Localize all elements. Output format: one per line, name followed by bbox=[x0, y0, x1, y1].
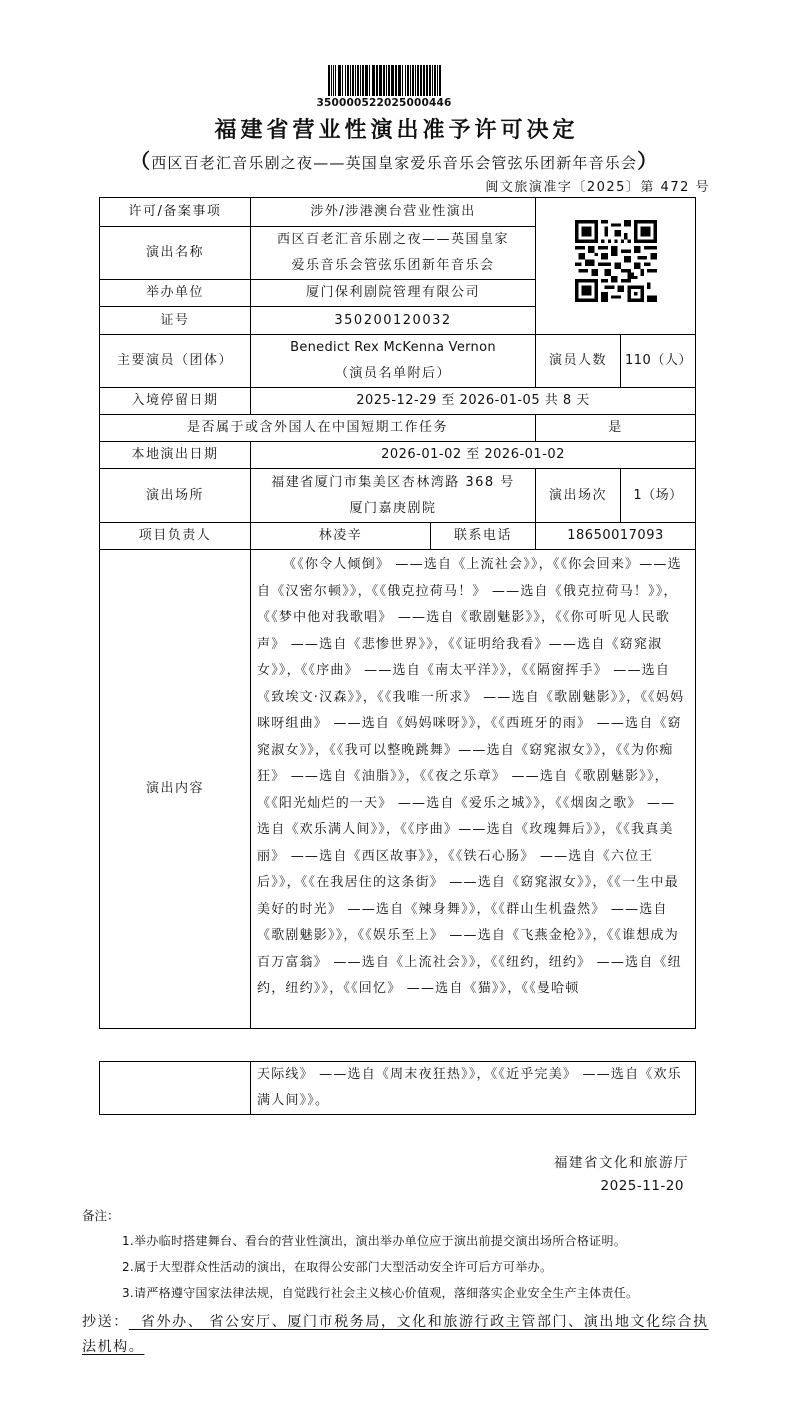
barcode-bar bbox=[328, 65, 330, 96]
barcode-bar bbox=[347, 65, 349, 96]
note-item: 1.举办临时搭建舞台、看台的营业性演出，演出举办单位应于演出前提交演出场所合格证… bbox=[122, 1232, 626, 1249]
license-number-label: 证号 bbox=[100, 307, 251, 335]
subtitle-text: 西区百老汇音乐剧之夜——英国皇家爱乐音乐会管弦乐团新年音乐会 bbox=[151, 154, 637, 172]
performer-count-label: 演员人数 bbox=[536, 335, 621, 388]
barcode-bar bbox=[338, 65, 341, 96]
barcode-bar bbox=[395, 65, 397, 96]
barcode-bar bbox=[352, 65, 354, 96]
barcode-bar bbox=[345, 65, 346, 96]
content-continuation: 天际线》 ——选自《周末夜狂热》》，《《近乎完美》 ——选自《欢乐满人间》》。 bbox=[251, 1062, 696, 1115]
show-name-line2: 爱乐音乐会管弦乐团新年音乐会 bbox=[255, 253, 531, 279]
manager-label: 项目负责人 bbox=[100, 523, 251, 550]
barcode-bar bbox=[357, 65, 359, 96]
barcode-bar bbox=[434, 65, 436, 96]
barcode-bar bbox=[342, 65, 343, 96]
barcode-bar bbox=[423, 65, 425, 96]
permit-type-label: 许可/备案事项 bbox=[100, 198, 251, 227]
permit-type-value: 涉外/涉港澳台营业性演出 bbox=[251, 198, 536, 227]
content-label: 演出内容 bbox=[100, 550, 251, 1029]
barcode-bar bbox=[402, 65, 403, 96]
barcode-bar bbox=[415, 65, 416, 96]
barcode-bar bbox=[379, 65, 382, 96]
phone-value: 18650017093 bbox=[536, 523, 696, 550]
manager-name: 林凌辛 bbox=[251, 523, 431, 550]
show-name-line1: 西区百老汇音乐剧之夜——英国皇家 bbox=[255, 227, 531, 253]
barcode-bar bbox=[362, 65, 364, 96]
venue-line2: 厦门嘉庚剧院 bbox=[255, 496, 531, 522]
document-title: 福建省营业性演出准予许可决定 bbox=[0, 113, 793, 144]
qr-code-icon bbox=[575, 220, 657, 302]
local-dates-value: 2026-01-02 至 2026-01-02 bbox=[251, 442, 696, 469]
barcode-bar bbox=[417, 65, 419, 96]
issue-date: 2025-11-20 bbox=[601, 1178, 684, 1194]
entry-dates-label: 入境停留日期 bbox=[100, 388, 251, 415]
barcode-bar bbox=[407, 65, 409, 96]
barcode-bar bbox=[432, 65, 433, 96]
issuer-name: 福建省文化和旅游厅 bbox=[554, 1151, 689, 1171]
barcode-bar bbox=[355, 65, 356, 96]
barcode-bar bbox=[412, 65, 414, 96]
barcode-bar bbox=[376, 65, 378, 96]
performers-line2: （演员名单附后） bbox=[255, 361, 531, 387]
barcode: 350000522025000446 bbox=[306, 65, 462, 109]
performers-label: 主要演员（团体） bbox=[100, 335, 251, 388]
qr-code-cell bbox=[536, 198, 696, 335]
barcode-bar bbox=[429, 65, 431, 96]
barcode-bar bbox=[405, 65, 406, 96]
cc-recipients: 省外办、 省公安厅、厦门市税务局，文化和旅游行政主管部门、演出地文化综合执法机构… bbox=[82, 1314, 709, 1355]
note-item: 2.属于大型群众性活动的演出，在取得公安部门大型活动安全许可后方可举办。 bbox=[122, 1258, 552, 1275]
barcode-bar bbox=[331, 65, 332, 96]
organizer-label: 举办单位 bbox=[100, 280, 251, 307]
document-number: 闽文旅演准字〔2025〕第 472 号 bbox=[485, 176, 710, 195]
barcode-bar bbox=[391, 65, 394, 96]
performer-count-value: 110（人） bbox=[621, 335, 696, 388]
subtitle-close-paren: ） bbox=[637, 149, 658, 173]
barcode-bar bbox=[383, 65, 385, 96]
cc-label: 抄送： bbox=[82, 1314, 129, 1330]
barcode-bar bbox=[350, 65, 351, 96]
barcode-bar bbox=[372, 65, 375, 96]
barcode-bar bbox=[388, 65, 390, 96]
show-name-label: 演出名称 bbox=[100, 227, 251, 280]
entry-dates-value: 2025-12-29 至 2026-01-05 共 8 天 bbox=[251, 388, 696, 415]
notes-label: 备注： bbox=[82, 1206, 120, 1224]
local-dates-label: 本地演出日期 bbox=[100, 442, 251, 469]
barcode-bar bbox=[333, 65, 334, 96]
document-subtitle: （西区百老汇音乐剧之夜——英国皇家爱乐音乐会管弦乐团新年音乐会） bbox=[130, 145, 658, 174]
barcode-bar bbox=[426, 65, 428, 96]
barcode-bar bbox=[386, 65, 387, 96]
venue-line1: 福建省厦门市集美区杏林湾路 368 号 bbox=[255, 470, 531, 496]
performers-value: Benedict Rex McKenna Vernon （演员名单附后） bbox=[251, 335, 536, 388]
barcode-bar bbox=[420, 65, 422, 96]
phone-label: 联系电话 bbox=[431, 523, 536, 550]
barcode-bar bbox=[437, 65, 438, 96]
barcode-bar bbox=[410, 65, 411, 96]
short-term-work-value: 是 bbox=[536, 415, 696, 442]
barcode-bar bbox=[335, 65, 336, 96]
organizer-value: 厦门保利剧院管理有限公司 bbox=[251, 280, 536, 307]
continuation-label-empty bbox=[100, 1062, 251, 1115]
cc-distribution: 抄送： 省外办、 省公安厅、厦门市税务局，文化和旅游行政主管部门、演出地文化综合… bbox=[82, 1310, 722, 1360]
venue-value: 福建省厦门市集美区杏林湾路 368 号 厦门嘉庚剧院 bbox=[251, 469, 536, 523]
content-value: 《《你令人倾倒》 ——选自《上流社会》》，《《你会回来》——选自《汉密尔顿》》，… bbox=[251, 550, 696, 1029]
sessions-value: 1（场） bbox=[621, 469, 696, 523]
barcode-bar bbox=[365, 65, 368, 96]
permit-table: 许可/备案事项 涉外/涉港澳台营业性演出 bbox=[99, 197, 696, 1029]
license-number-value: 350200120032 bbox=[251, 307, 536, 335]
barcode-bars bbox=[306, 65, 462, 96]
venue-label: 演出场所 bbox=[100, 469, 251, 523]
short-term-work-label: 是否属于或含外国人在中国短期工作任务 bbox=[100, 415, 536, 442]
show-name-value: 西区百老汇音乐剧之夜——英国皇家 爱乐音乐会管弦乐团新年音乐会 bbox=[251, 227, 536, 280]
barcode-number: 350000522025000446 bbox=[306, 97, 462, 109]
subtitle-open-paren: （ bbox=[130, 149, 151, 173]
barcode-bar bbox=[360, 65, 361, 96]
performers-line1: Benedict Rex McKenna Vernon bbox=[255, 335, 531, 361]
barcode-bar bbox=[369, 65, 370, 96]
note-item: 3.请严格遵守国家法律法规，自觉践行社会主义核心价值观，落细落实企业安全生产主体… bbox=[122, 1284, 638, 1301]
barcode-bar bbox=[439, 65, 441, 96]
sessions-label: 演出场次 bbox=[536, 469, 621, 523]
content-continuation-table: 天际线》 ——选自《周末夜狂热》》，《《近乎完美》 ——选自《欢乐满人间》》。 bbox=[99, 1061, 696, 1115]
barcode-bar bbox=[398, 65, 401, 96]
content-text: 《《你令人倾倒》 ——选自《上流社会》》，《《你会回来》——选自《汉密尔顿》》，… bbox=[257, 550, 689, 1003]
